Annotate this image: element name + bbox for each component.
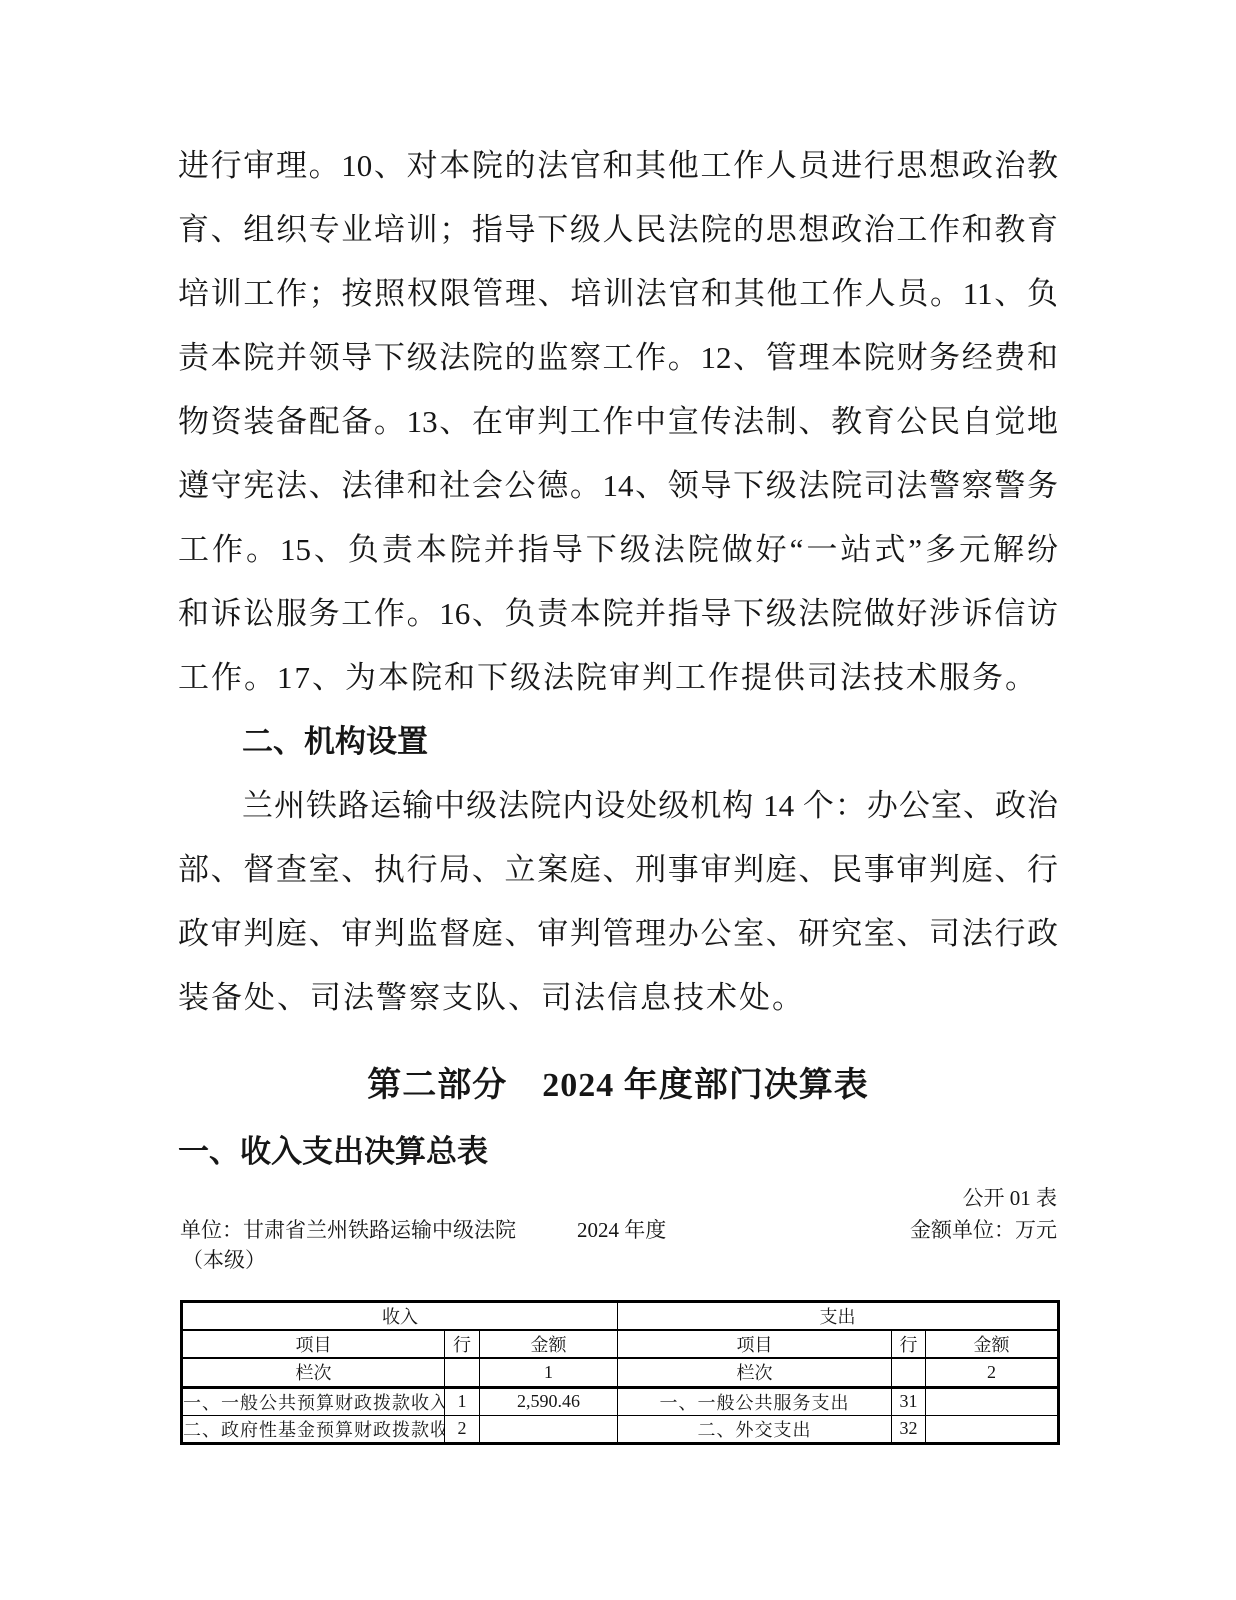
text-line: 工作。15、负责本院并指导下级法院做好“一站式”多元解纷 — [178, 518, 1058, 582]
heading-part2-title: 第二部分 2024 年度部门决算表 — [178, 1054, 1058, 1118]
expense-item-cell: 一、一般公共服务支出 — [618, 1387, 892, 1415]
income-amount-cell — [480, 1415, 618, 1443]
expense-item-header: 项目 — [618, 1330, 892, 1358]
text-line: 培训工作；按照权限管理、培训法官和其他工作人员。11、负 — [178, 262, 1058, 326]
table-meta: 公开 01 表 单位：甘肃省兰州铁路运输中级法院 2024 年度 金额单位：万元… — [180, 1184, 1057, 1275]
income-amount-cell: 2,590.46 — [480, 1387, 618, 1415]
paragraph-internal-departments: 兰州铁路运输中级法院内设处级机构 14 个：办公室、政治 部、督查室、执行局、立… — [178, 774, 1058, 1030]
text-line: 遵守宪法、法律和社会公德。14、领导下级法院司法警察警务 — [178, 454, 1058, 518]
income-item-cell: 二、政府性基金预算财政拨款收入 — [182, 1415, 445, 1443]
expense-line-number: 31 — [892, 1387, 926, 1415]
income-rank-label: 栏次 — [182, 1358, 445, 1387]
amount-unit-label: 金额单位：万元 — [910, 1215, 1057, 1245]
income-line-number: 2 — [445, 1415, 480, 1443]
fiscal-year-label: 2024 年度 — [577, 1215, 666, 1245]
heading-organization-setup: 二、机构设置 — [178, 710, 1058, 774]
table-row: 二、政府性基金预算财政拨款收入 2 二、外交支出 32 — [182, 1415, 1059, 1443]
text-line: 部、督查室、执行局、立案庭、刑事审判庭、民事审判庭、行 — [178, 838, 1058, 902]
empty-cell — [892, 1358, 926, 1387]
text-line: 育、组织专业培训；指导下级人民法院的思想政治工作和教育 — [178, 198, 1058, 262]
text-line: 政审判庭、审判监督庭、审判管理办公室、研究室、司法行政 — [178, 902, 1058, 966]
income-line-header: 行 — [445, 1330, 480, 1358]
text-line: 责本院并领导下级法院的监察工作。12、管理本院财务经费和 — [178, 326, 1058, 390]
budget-summary-table: 收入 支出 项目 行 金额 项目 行 金额 栏次 1 栏次 2 一、一般公共预算… — [180, 1300, 1060, 1445]
table-row-column-headers: 项目 行 金额 项目 行 金额 — [182, 1330, 1059, 1358]
expense-amount-cell — [926, 1387, 1059, 1415]
table-row: 一、一般公共预算财政拨款收入 1 2,590.46 一、一般公共服务支出 31 — [182, 1387, 1059, 1415]
expense-group-header: 支出 — [618, 1302, 1059, 1331]
expense-line-header: 行 — [892, 1330, 926, 1358]
text-line: 物资装备配备。13、在审判工作中宣传法制、教育公民自觉地 — [178, 390, 1058, 454]
income-line-number: 1 — [445, 1387, 480, 1415]
expense-column-index: 2 — [926, 1358, 1059, 1387]
public-table-number: 公开 01 表 — [180, 1184, 1057, 1212]
expense-item-cell: 二、外交支出 — [618, 1415, 892, 1443]
unit-level-label: （本级） — [180, 1245, 1057, 1275]
unit-name-label: 单位：甘肃省兰州铁路运输中级法院 — [180, 1218, 516, 1242]
income-column-index: 1 — [480, 1358, 618, 1387]
text-line: 工作。17、为本院和下级法院审判工作提供司法技术服务。 — [178, 646, 1058, 710]
expense-rank-label: 栏次 — [618, 1358, 892, 1387]
paragraph-court-duties: 进行审理。10、对本院的法官和其他工作人员进行思想政治教 育、组织专业培训；指导… — [178, 134, 1058, 710]
income-item-header: 项目 — [182, 1330, 445, 1358]
table-meta-row: 单位：甘肃省兰州铁路运输中级法院 2024 年度 金额单位：万元 — [180, 1215, 1057, 1245]
document-page: 进行审理。10、对本院的法官和其他工作人员进行思想政治教 育、组织专业培训；指导… — [0, 0, 1236, 1600]
text-line: 进行审理。10、对本院的法官和其他工作人员进行思想政治教 — [178, 134, 1058, 198]
expense-amount-cell — [926, 1415, 1059, 1443]
text-line: 装备处、司法警察支队、司法信息技术处。 — [178, 966, 1058, 1030]
heading-income-expense-summary: 一、收入支出决算总表 — [178, 1120, 1058, 1184]
text-line: 兰州铁路运输中级法院内设处级机构 14 个：办公室、政治 — [178, 774, 1058, 838]
expense-line-number: 32 — [892, 1415, 926, 1443]
income-amount-header: 金额 — [480, 1330, 618, 1358]
table-row-group-headers: 收入 支出 — [182, 1302, 1059, 1331]
income-item-cell: 一、一般公共预算财政拨款收入 — [182, 1387, 445, 1415]
empty-cell — [445, 1358, 480, 1387]
text-line: 和诉讼服务工作。16、负责本院并指导下级法院做好涉诉信访 — [178, 582, 1058, 646]
expense-amount-header: 金额 — [926, 1330, 1059, 1358]
income-group-header: 收入 — [182, 1302, 618, 1331]
table-row-column-index: 栏次 1 栏次 2 — [182, 1358, 1059, 1387]
